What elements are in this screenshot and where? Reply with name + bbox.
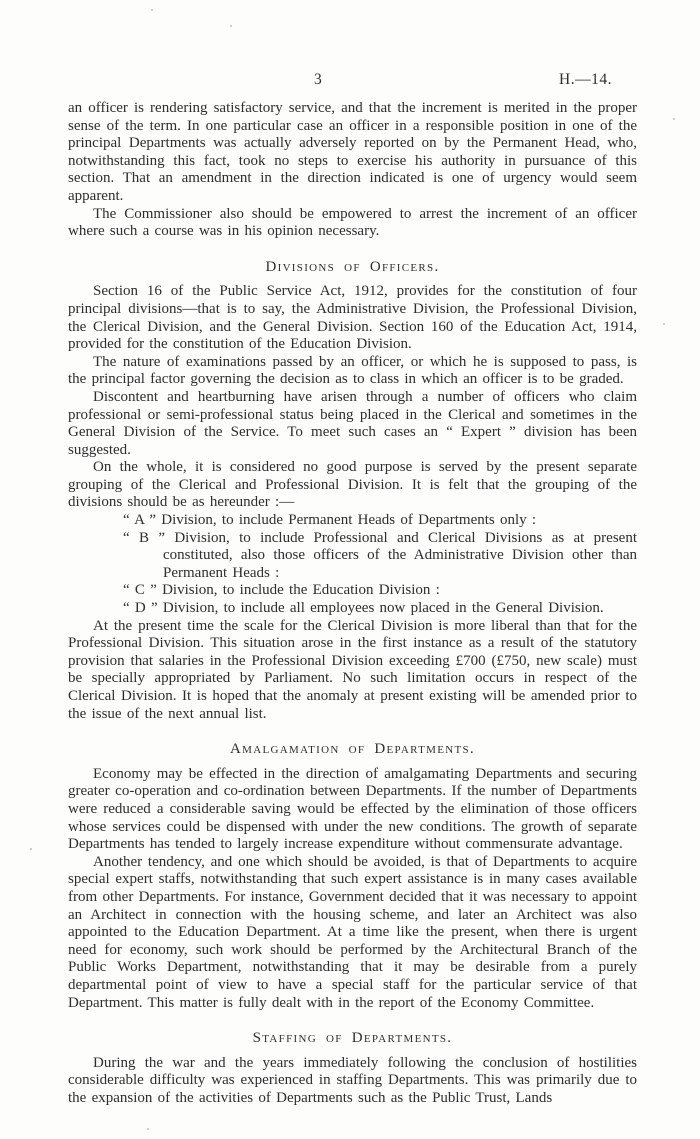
division-list-item: “ A ” Division, to include Permanent Hea… <box>68 512 637 530</box>
section-heading: Divisions of Officers. <box>68 259 637 277</box>
page-body: an officer is rendering satisfactory ser… <box>68 100 637 1107</box>
scan-speck <box>151 9 153 11</box>
scan-speck <box>673 118 675 120</box>
body-paragraph: The nature of examinations passed by an … <box>68 354 637 389</box>
body-paragraph: Section 16 of the Public Service Act, 19… <box>68 283 637 353</box>
body-paragraph: Another tendency, and one which should b… <box>68 854 637 1012</box>
body-paragraph: Economy may be effected in the direction… <box>68 766 637 854</box>
scan-speck <box>147 1128 149 1130</box>
body-paragraph: During the war and the years immediately… <box>68 1055 637 1108</box>
document-reference: H.—14. <box>559 71 612 89</box>
scan-speck <box>30 848 32 850</box>
division-list-item: “ D ” Division, to include all employees… <box>68 600 637 618</box>
page-number: 3 <box>314 71 322 89</box>
division-list-item: “ B ” Division, to include Professional … <box>68 530 637 583</box>
section-heading: Staffing of Departments. <box>68 1030 637 1048</box>
body-paragraph: Discontent and heartburning have arisen … <box>68 389 637 459</box>
document-page: 3 H.—14. an officer is rendering satisfa… <box>0 0 700 1139</box>
division-list: “ A ” Division, to include Permanent Hea… <box>68 512 637 618</box>
body-paragraph: The Commissioner also should be empowere… <box>68 206 637 241</box>
section-heading: Amalgamation of Departments. <box>68 741 637 759</box>
scan-speck <box>663 323 665 325</box>
body-paragraph: an officer is rendering satisfactory ser… <box>68 100 637 206</box>
scan-speck <box>230 25 232 27</box>
body-paragraph: At the present time the scale for the Cl… <box>68 618 637 724</box>
division-list-item: “ C ” Division, to include the Education… <box>68 582 637 600</box>
body-paragraph: On the whole, it is considered no good p… <box>68 459 637 512</box>
page-header: 3 H.—14. <box>68 71 637 91</box>
